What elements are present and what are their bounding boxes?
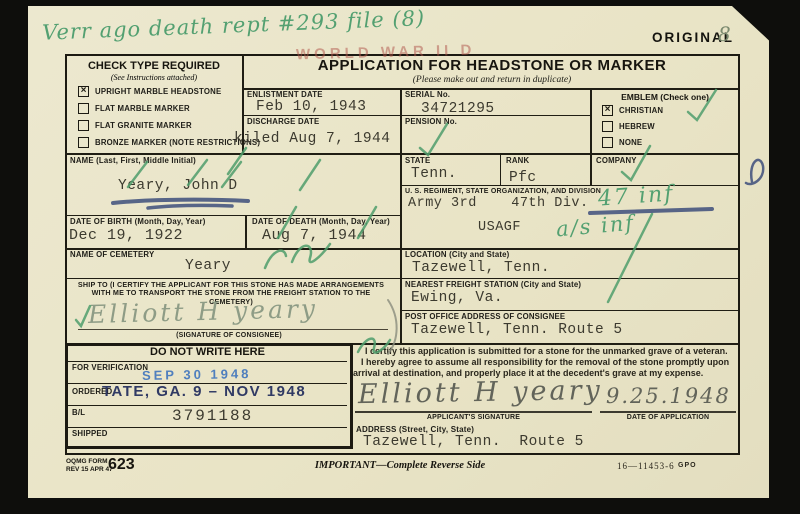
check-type-heading: CHECK TYPE REQUIRED	[70, 60, 238, 72]
regiment-value-2: USAGF	[478, 220, 521, 235]
divider	[65, 153, 738, 155]
applicant-signature-label: APPLICANT'S SIGNATURE	[355, 414, 592, 422]
date-of-birth-label: DATE OF BIRTH (Month, Day, Year)	[70, 218, 206, 227]
ordered-stamp: TATE, GA. 9 – NOV 1948	[102, 383, 306, 400]
scanned-document: Verr ago death rept #293 file (8) ORIGIN…	[0, 0, 800, 514]
date-of-death-label: DATE OF DEATH (Month, Day, Year)	[252, 218, 390, 227]
form-number: 623	[108, 456, 135, 474]
location-label: LOCATION (City and State)	[405, 251, 509, 260]
important-note: IMPORTANT—Complete Reverse Side	[280, 460, 520, 471]
consignee-signature-line	[78, 329, 388, 330]
enlistment-date-value: Feb 10, 1943	[256, 99, 366, 115]
divider	[245, 215, 247, 248]
company-label: COMPANY	[596, 157, 637, 166]
regiment-handwritten-note: 47 inf	[597, 181, 675, 211]
date-line	[600, 411, 736, 413]
checkbox-icon	[602, 137, 613, 148]
discharge-date-label: DISCHARGE DATE	[247, 118, 319, 127]
location-value: Tazewell, Tenn.	[412, 260, 550, 276]
cemetery-label: NAME OF CEMETERY	[70, 251, 154, 260]
verification-date-stamp: SEP 30 1948	[142, 366, 252, 383]
option-label: FLAT MARBLE MARKER	[95, 104, 190, 113]
shipped-label: SHIPPED	[72, 430, 108, 439]
regiment-value: Army 3rd 47th Div.	[408, 196, 589, 211]
certification-line-1: I certify this application is submitted …	[357, 346, 737, 357]
option-christian: × CHRISTIAN	[602, 105, 663, 116]
pension-no-label: PENSION No.	[405, 118, 457, 127]
serial-no-value: 34721295	[421, 101, 495, 117]
serial-no-label: SERIAL No.	[405, 91, 450, 100]
bl-label: B/L	[72, 409, 85, 418]
form-title: APPLICATION FOR HEADSTONE OR MARKER	[250, 57, 734, 74]
option-label: HEBREW	[619, 122, 655, 131]
divider	[400, 310, 738, 311]
consignee-signature: Elliott H yeary	[88, 294, 319, 329]
checkbox-icon: ×	[78, 86, 89, 97]
po-address-value: Tazewell, Tenn. Route 5	[411, 322, 623, 338]
gpo-label: GPO	[678, 462, 697, 469]
checkbox-icon	[78, 120, 89, 131]
date-of-birth-value: Dec 19, 1922	[69, 227, 183, 244]
name-value: Yeary, John D	[118, 178, 238, 194]
checkbox-icon	[78, 103, 89, 114]
emblem-heading: EMBLEM (Check one)	[592, 92, 738, 102]
divider	[68, 361, 347, 362]
option-bronze-marker: BRONZE MARKER (NOTE RESTRICTIONS)	[78, 137, 260, 148]
checkbox-icon	[602, 121, 613, 132]
form-revision: REV 15 APR 47	[66, 466, 113, 473]
discharge-date-value: kiled Aug 7, 1944	[234, 131, 390, 147]
address-label: ADDRESS (Street, City, State)	[356, 425, 474, 434]
option-label: NONE	[619, 138, 642, 147]
cemetery-value: Yeary	[185, 258, 231, 274]
applicant-signature: Elliott H yeary	[358, 375, 603, 410]
for-verification-label: FOR VERIFICATION	[72, 364, 148, 373]
do-not-write-heading: DO NOT WRITE HERE	[68, 346, 347, 358]
option-upright-marble-headstone: × UPRIGHT MARBLE HEADSTONE	[78, 86, 221, 97]
checkbox-icon	[78, 137, 89, 148]
bl-value: 3791188	[172, 407, 253, 425]
form-subtitle: (Please make out and return in duplicate…	[250, 75, 734, 85]
freight-station-value: Ewing, Va.	[411, 290, 503, 306]
option-label: CHRISTIAN	[619, 106, 663, 115]
check-type-subheading: (See Instructions attached)	[70, 73, 238, 82]
rank-label: RANK	[506, 157, 529, 166]
divider	[65, 248, 738, 250]
form-name: OQMG FORM	[66, 458, 108, 465]
address-value: Tazewell, Tenn. Route 5	[363, 434, 584, 450]
divider	[242, 115, 590, 116]
divider	[65, 278, 738, 279]
option-flat-marble-marker: FLAT MARBLE MARKER	[78, 103, 190, 114]
option-hebrew: HEBREW	[602, 121, 655, 132]
divider	[590, 88, 592, 185]
name-label: NAME (Last, First, Middle Initial)	[70, 157, 196, 166]
rank-value: Pfc	[509, 170, 537, 186]
option-flat-granite-marker: FLAT GRANITE MARKER	[78, 120, 192, 131]
consignee-signature-label: (SIGNATURE OF CONSIGNEE)	[70, 332, 388, 340]
applicant-signature-line	[355, 411, 592, 413]
divider	[68, 427, 347, 428]
option-none: NONE	[602, 137, 642, 148]
handwritten-mark: 8	[718, 22, 731, 46]
checkbox-icon: ×	[602, 105, 613, 116]
date-of-death-value: Aug 7, 1944	[262, 227, 367, 244]
freight-station-label: NEAREST FREIGHT STATION (City and State)	[405, 281, 581, 290]
po-address-label: POST OFFICE ADDRESS OF CONSIGNEE	[405, 313, 565, 322]
divider	[65, 215, 401, 216]
application-date-value: 9.25.1948	[606, 384, 731, 408]
option-label: FLAT GRANITE MARKER	[95, 121, 192, 130]
application-date-label: DATE OF APPLICATION	[600, 414, 736, 422]
state-label: STATE	[405, 157, 430, 166]
divider	[500, 153, 501, 185]
divider	[400, 185, 738, 186]
divider	[68, 405, 347, 406]
regiment-label: U. S. REGIMENT, STATE ORGANIZATION, AND …	[405, 188, 601, 196]
option-label: UPRIGHT MARBLE HEADSTONE	[95, 87, 221, 96]
print-code: 16—11453-6	[617, 461, 675, 471]
state-value: Tenn.	[411, 166, 457, 182]
